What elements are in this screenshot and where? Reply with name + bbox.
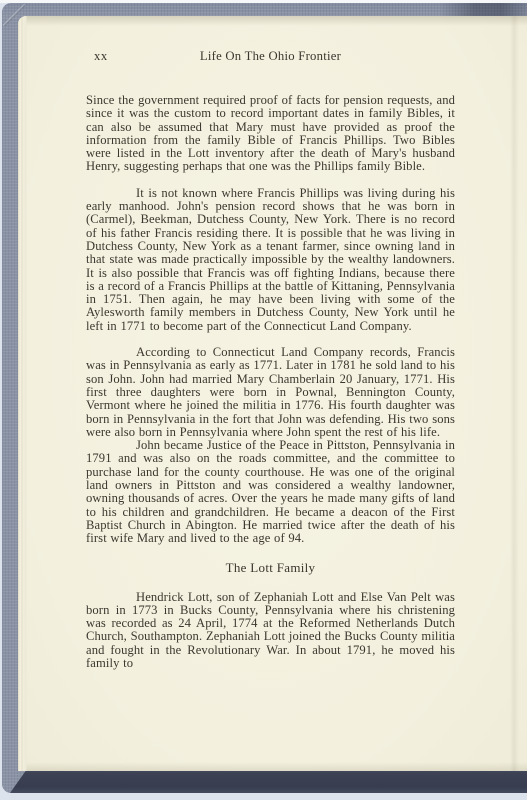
book-page: xx Life On The Ohio Frontier Since the g… [18,16,527,771]
paragraph: It is not known where Francis Phillips w… [86,187,455,333]
paragraph: Since the government required proof of f… [86,94,455,174]
paragraph: Hendrick Lott, son of Zephaniah Lott and… [86,591,455,671]
book-scan: xx Life On The Ohio Frontier Since the g… [0,0,527,800]
page-number: xx [94,49,108,63]
cover-bottom-board-edge [10,769,527,793]
page-content: xx Life On The Ohio Frontier Since the g… [86,49,455,670]
cover-top-shadow [440,3,527,17]
page-stack-edge [18,16,27,771]
running-title: Life On The Ohio Frontier [200,49,341,63]
running-header: xx Life On The Ohio Frontier [86,49,455,63]
paragraph: John became Justice of the Peace in Pitt… [86,439,455,545]
section-heading: The Lott Family [86,560,455,576]
paragraph: According to Connecticut Land Company re… [86,346,455,439]
